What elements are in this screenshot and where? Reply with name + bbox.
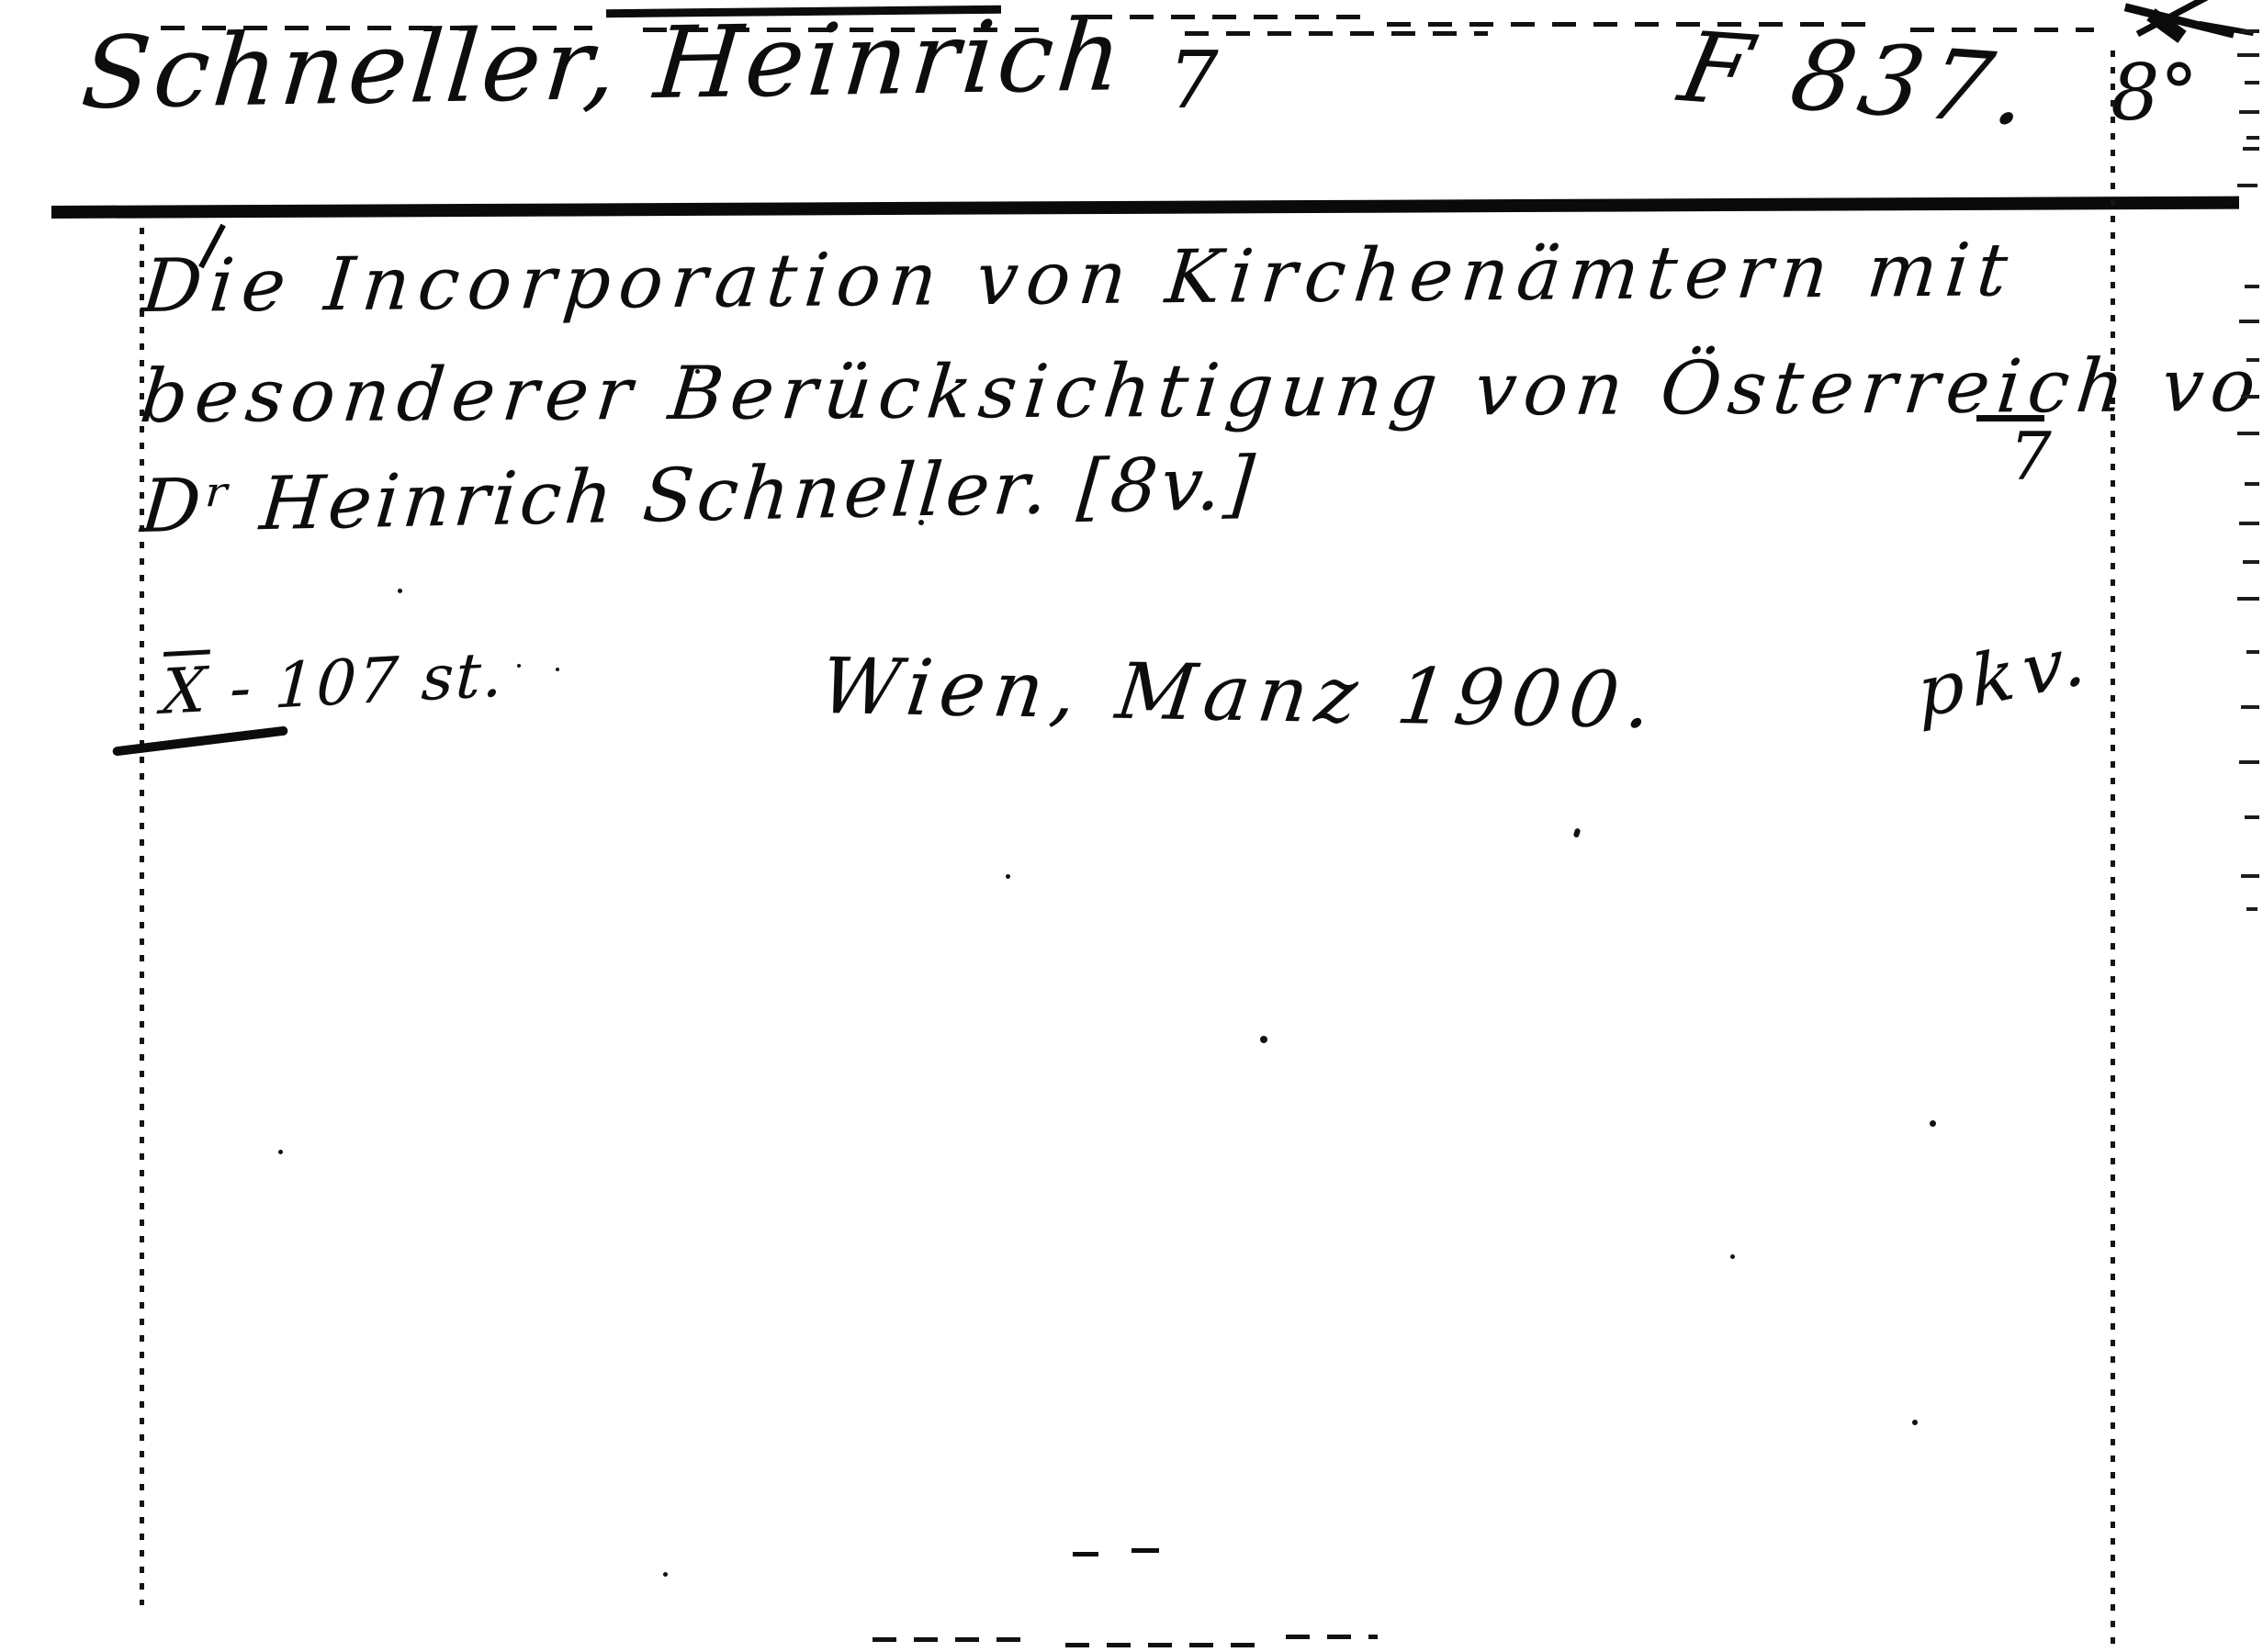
header-check-mark: 7 <box>1168 35 1219 127</box>
speckle <box>556 668 559 671</box>
catalog-card-scan: Schneller, Heinrich 7 F 837. 8° Die Inco… <box>0 0 2263 1652</box>
shelfmark: F 837. <box>1671 11 2046 148</box>
edge-tick <box>2246 907 2257 911</box>
edge-tick <box>2239 320 2259 323</box>
edge-tick <box>2237 597 2259 601</box>
scan-artifact <box>1185 31 1488 36</box>
shelf-number-rest: - 107 st. <box>206 639 506 727</box>
edge-tick <box>2239 522 2259 525</box>
cataloguer-initials: pkv. <box>1915 618 2096 735</box>
edge-tick <box>2241 395 2259 399</box>
edge-tick <box>2246 136 2259 140</box>
title-line-2: besonderer Berücksichtigung von Österrei… <box>137 343 2263 439</box>
edge-tick <box>2245 482 2259 486</box>
format-size: 8° <box>2111 48 2198 138</box>
speckle <box>918 520 924 525</box>
right-margin-dotted-line <box>2111 51 2115 1652</box>
edge-tick <box>2243 560 2259 564</box>
edge-tick <box>2237 53 2259 57</box>
edge-tick <box>2246 650 2259 654</box>
title-line-3: Dʳ Heinrich Schneller. [8v.] <box>138 441 1261 549</box>
edge-tick <box>2241 29 2259 33</box>
edge-tick <box>2237 184 2257 187</box>
imprint: Wien, Manz 1900. <box>816 641 1665 746</box>
edge-tick <box>2241 874 2259 878</box>
scan-artifact <box>1088 15 1373 19</box>
speckle <box>695 369 700 374</box>
speckle <box>1006 874 1010 879</box>
edge-tick <box>2243 147 2259 151</box>
scan-artifact <box>1286 1635 1378 1639</box>
speckle <box>1260 1036 1267 1043</box>
speckle <box>1912 1420 1918 1425</box>
insertion-mark: 7 <box>2010 418 2052 495</box>
scan-artifact <box>873 1637 1029 1642</box>
scan-artifact <box>1065 1643 1267 1647</box>
header-rule <box>51 197 2239 219</box>
speckle <box>398 589 402 593</box>
speckle <box>278 1150 283 1154</box>
edge-tick <box>2237 432 2259 435</box>
shelf-number-underline-flourish <box>112 725 288 756</box>
edge-tick <box>2239 760 2259 764</box>
edge-tick <box>2239 110 2259 114</box>
shelf-number: X - 107 st. <box>160 639 507 729</box>
title-line-1: Die Incorporation von Kirchenämtern mit <box>139 227 2020 329</box>
speckle <box>517 664 521 668</box>
edge-tick <box>2246 358 2259 362</box>
speckle <box>1730 1254 1735 1259</box>
edge-tick <box>2245 81 2259 84</box>
speckle <box>1930 1120 1936 1127</box>
edge-tick <box>2245 815 2259 819</box>
speckle <box>1073 1552 1098 1556</box>
edge-tick <box>2241 705 2259 709</box>
speckle <box>1131 1548 1159 1553</box>
speckle <box>663 1572 668 1577</box>
volume-numeral: X <box>160 654 210 729</box>
author-heading: Schneller, Heinrich <box>77 0 1130 131</box>
speckle <box>1573 827 1582 837</box>
edge-tick <box>2245 285 2259 288</box>
